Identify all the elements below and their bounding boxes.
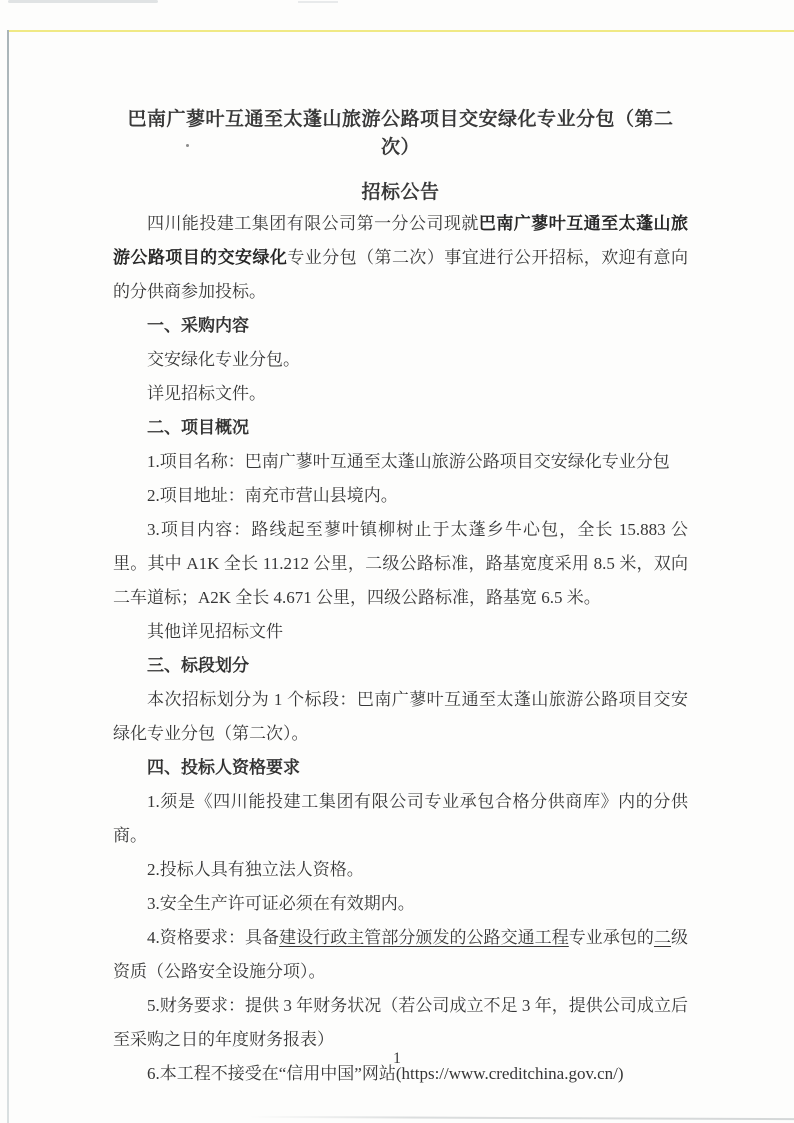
page-number: 1 [0,1046,794,1072]
overview-item-project-location: 2.项目地址：南充市营山县境内。 [113,479,688,513]
procurement-line-see-docs: 详见招标文件。 [113,377,688,411]
scan-corner-shadow [250,1116,794,1120]
document-subtitle: 招标公告 [113,179,688,207]
intro-text-pre: 四川能投建工集团有限公司第一分公司现就 [147,214,479,233]
document-title: 巴南广蓼叶互通至太蓬山旅游公路项目交安绿化专业分包（第二次） [113,106,688,162]
document-body: 巴南广蓼叶互通至太蓬山旅游公路项目交安绿化专业分包（第二次） 招标公告 四川能投… [113,0,688,1091]
qualification-item4-underlined-authority: 建设行政主管部分颁发的公路交通工程 [279,928,569,947]
section-heading-bid-sections: 三、标段划分 [113,649,688,683]
qualification-item-safety-license: 3.安全生产许可证必须在有效期内。 [113,887,688,921]
document-text: 四川能投建工集团有限公司第一分公司现就巴南广蓼叶互通至太蓬山旅游公路项目的交安绿… [113,207,688,1091]
section-heading-procurement-content: 一、采购内容 [113,309,688,343]
qualification-item4-pre: 4.资格要求：具备 [147,928,279,947]
qualification-item4-mid: 专业承包的 [569,928,654,947]
qualification-item4-underlined-grade: 二 [654,928,671,947]
section-heading-bidder-qualifications: 四、投标人资格要求 [113,751,688,785]
bid-sections-paragraph: 本次招标划分为 1 个标段：巴南广蓼叶互通至太蓬山旅游公路项目交安绿化专业分包（… [113,683,688,751]
section-heading-project-overview: 二、项目概况 [113,411,688,445]
qualification-item-credential-requirement: 4.资格要求：具备建设行政主管部分颁发的公路交通工程专业承包的二级资质（公路安全… [113,921,688,989]
overview-note-see-docs: 其他详见招标文件 [113,615,688,649]
scanned-document-page: 巴南广蓼叶互通至太蓬山旅游公路项目交安绿化专业分包（第二次） 招标公告 四川能投… [0,0,794,1123]
overview-item-project-content: 3.项目内容：路线起至蓼叶镇柳树止于太蓬乡牛心包，全长 15.883 公里。其中… [113,513,688,615]
overview-item-project-name: 1.项目名称：巴南广蓼叶互通至太蓬山旅游公路项目交安绿化专业分包 [113,445,688,479]
scan-page-edge-line [7,30,9,1123]
qualification-item-supplier-library: 1.须是《四川能投建工集团有限公司专业承包合格分供商库》内的分供商。 [113,785,688,853]
intro-paragraph: 四川能投建工集团有限公司第一分公司现就巴南广蓼叶互通至太蓬山旅游公路项目的交安绿… [113,207,688,309]
procurement-line-scope: 交安绿化专业分包。 [113,343,688,377]
qualification-item-legal-person: 2.投标人具有独立法人资格。 [113,853,688,887]
